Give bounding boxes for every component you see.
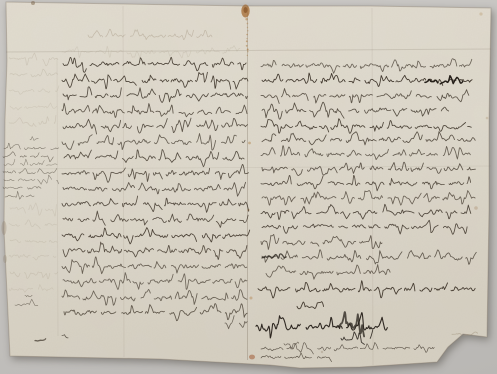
rust-drip-dots <box>247 51 248 52</box>
photo-background <box>0 0 497 374</box>
fox-spot <box>479 12 482 15</box>
bottom-edge-spot <box>321 351 323 353</box>
fold-spot <box>248 142 251 145</box>
rust-drip-dots <box>247 49 249 51</box>
rust-drip-dots <box>246 45 248 47</box>
rust-drip-dots <box>247 27 248 28</box>
fox-spot <box>474 206 478 210</box>
fox-spot <box>486 117 489 120</box>
rust-drip-dots <box>247 23 249 25</box>
rust-stain-core <box>244 7 248 13</box>
manuscript-photo <box>0 0 497 374</box>
rust-drip-dots <box>246 40 248 42</box>
rust-drip-dots <box>247 30 248 31</box>
manuscript-sheet <box>0 0 497 374</box>
fold-spot <box>250 297 253 300</box>
rust-drip-dots <box>245 18 247 20</box>
rust-drip-dots <box>246 34 248 36</box>
bottom-rust-spot <box>249 355 255 360</box>
rust-drip-dots <box>246 38 247 39</box>
rust-drip-dots <box>247 55 248 56</box>
corner-spot <box>31 1 35 5</box>
